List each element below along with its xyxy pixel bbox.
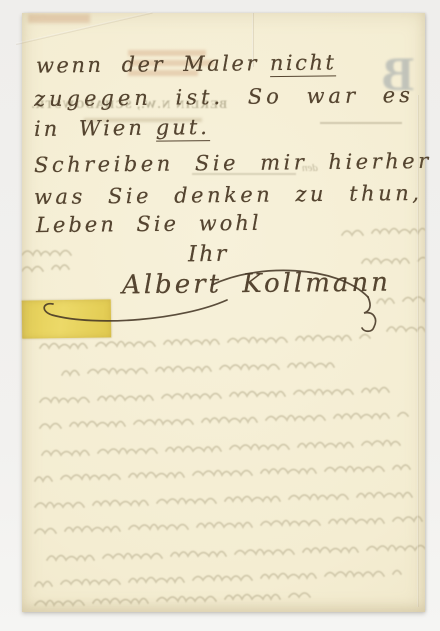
letter-line-5: was Sie denken zu thun, bbox=[34, 181, 423, 209]
letter-line-3-underlined-word: gut. bbox=[156, 115, 210, 142]
letter-line-2-text: zugegen ist. So war es bbox=[34, 83, 414, 111]
letter-line-1-text: wenn der Maler bbox=[36, 51, 259, 77]
letter-line-2: zugegen ist. So war es bbox=[34, 83, 414, 111]
signature-text: Albert Kollmann bbox=[122, 268, 391, 301]
letter-line-4: Schreiben Sie mir hierher bbox=[34, 149, 432, 177]
letter-closing: Ihr bbox=[188, 242, 229, 267]
letter-line-6: Leben Sie wohl bbox=[36, 211, 262, 237]
letter-line-4-text: Schreiben Sie mir hierher bbox=[34, 149, 432, 177]
letter-line-1: wenn der Malernicht bbox=[36, 50, 337, 77]
scan-background: BERLIN N.W., SCHADOWSTR. den B wenn der … bbox=[0, 0, 440, 631]
letter-page: BERLIN N.W., SCHADOWSTR. den B wenn der … bbox=[22, 13, 425, 612]
letter-line-3-text: in Wien bbox=[34, 116, 145, 141]
letter-line-6-text: Leben Sie wohl bbox=[36, 211, 262, 237]
letter-line-3: in Wiengut. bbox=[34, 115, 210, 141]
repair-tape bbox=[22, 299, 112, 338]
letter-line-1-underlined-word: nicht bbox=[270, 50, 337, 77]
letter-line-5-text: was Sie denken zu thun, bbox=[34, 181, 423, 209]
